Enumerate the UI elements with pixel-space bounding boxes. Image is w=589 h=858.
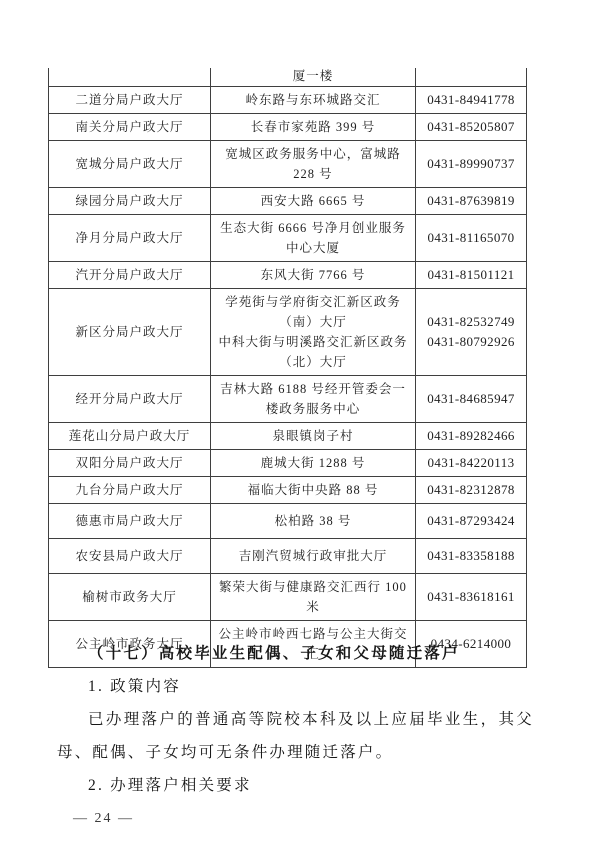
hall-address-cell: 西安大路 6665 号 [211,188,416,215]
table-row: 榆树市政务大厅 繁荣大街与健康路交汇西行 100 米 0431-83618161 [49,574,527,621]
hall-name-cell: 二道分局户政大厅 [49,87,211,114]
hall-address-cell: 福临大街中央路 88 号 [211,477,416,504]
hall-name-cell: 双阳分局户政大厅 [49,450,211,477]
hall-phone-cell: 0431-84220113 [416,450,527,477]
hall-name-cell: 德惠市局户政大厅 [49,504,211,539]
hall-address-cell: 生态大街 6666 号净月创业服务中心大厦 [211,215,416,262]
hall-address-cell: 长春市家苑路 399 号 [211,114,416,141]
hall-phone-cell [416,68,527,87]
hall-phone-cell: 0431-82312878 [416,477,527,504]
hall-phone-cell: 0431-81501121 [416,262,527,289]
table-row: 经开分局户政大厅 吉林大路 6188 号经开管委会一楼政务服务中心 0431-8… [49,376,527,423]
table-row: 双阳分局户政大厅 鹿城大街 1288 号 0431-84220113 [49,450,527,477]
policy-item-1: 1. 政策内容 [57,670,534,703]
table-row: 厦一楼 [49,68,527,87]
document-page: 厦一楼 二道分局户政大厅 岭东路与东环城路交汇 0431-84941778 南关… [0,0,589,858]
hall-phone-cell: 0431-84941778 [416,87,527,114]
section-heading: （十七）高校毕业生配偶、子女和父母随迁落户 [57,637,534,670]
hall-address-cell: 吉林大路 6188 号经开管委会一楼政务服务中心 [211,376,416,423]
hall-address-cell: 松柏路 38 号 [211,504,416,539]
hall-name-cell: 莲花山分局户政大厅 [49,423,211,450]
hall-phone-cell: 0431-87293424 [416,504,527,539]
hall-phone-cell: 0431-81165070 [416,215,527,262]
table-row: 德惠市局户政大厅 松柏路 38 号 0431-87293424 [49,504,527,539]
table-row: 九台分局户政大厅 福临大街中央路 88 号 0431-82312878 [49,477,527,504]
hall-name-cell: 净月分局户政大厅 [49,215,211,262]
hall-name-cell: 榆树市政务大厅 [49,574,211,621]
hall-phone-cell: 0431-87639819 [416,188,527,215]
hall-address-cell: 泉眼镇岗子村 [211,423,416,450]
hall-phone-cell: 0431-89282466 [416,423,527,450]
hall-name-cell [49,68,211,87]
hall-address-cell: 岭东路与东环城路交汇 [211,87,416,114]
service-hall-table: 厦一楼 二道分局户政大厅 岭东路与东环城路交汇 0431-84941778 南关… [48,68,527,668]
hall-name-cell: 新区分局户政大厅 [49,289,211,376]
table-row: 农安县局户政大厅 吉刚汽贸城行政审批大厅 0431-83358188 [49,539,527,574]
hall-phone-cell: 0431-84685947 [416,376,527,423]
table-row: 二道分局户政大厅 岭东路与东环城路交汇 0431-84941778 [49,87,527,114]
hall-address-cell: 吉刚汽贸城行政审批大厅 [211,539,416,574]
hall-address-cell: 鹿城大街 1288 号 [211,450,416,477]
table-row: 汽开分局户政大厅 东风大街 7766 号 0431-81501121 [49,262,527,289]
hall-address-cell: 东风大街 7766 号 [211,262,416,289]
hall-name-cell: 汽开分局户政大厅 [49,262,211,289]
hall-address-cell: 宽城区政务服务中心，富城路 228 号 [211,141,416,188]
table-row: 宽城分局户政大厅 宽城区政务服务中心，富城路 228 号 0431-899907… [49,141,527,188]
hall-name-cell: 九台分局户政大厅 [49,477,211,504]
table-row: 南关分局户政大厅 长春市家苑路 399 号 0431-85205807 [49,114,527,141]
policy-paragraph-line-2: 母、配偶、子女均可无条件办理随迁落户。 [57,736,534,769]
hall-name-cell: 南关分局户政大厅 [49,114,211,141]
hall-phone-cell: 0431-89990737 [416,141,527,188]
table-row: 莲花山分局户政大厅 泉眼镇岗子村 0431-89282466 [49,423,527,450]
hall-phone-cell: 0431-83618161 [416,574,527,621]
table-row: 绿园分局户政大厅 西安大路 6665 号 0431-87639819 [49,188,527,215]
hall-name-cell: 经开分局户政大厅 [49,376,211,423]
hall-phone-cell: 0431-83358188 [416,539,527,574]
policy-item-2: 2. 办理落户相关要求 [57,769,534,802]
document-body: （十七）高校毕业生配偶、子女和父母随迁落户 1. 政策内容 已办理落户的普通高等… [57,637,534,802]
table-row: 净月分局户政大厅 生态大街 6666 号净月创业服务中心大厦 0431-8116… [49,215,527,262]
policy-paragraph-line-1: 已办理落户的普通高等院校本科及以上应届毕业生，其父 [57,703,534,736]
hall-phone-cell: 0431-825327490431-80792926 [416,289,527,376]
hall-address-cell: 厦一楼 [211,68,416,87]
hall-phone-cell: 0431-85205807 [416,114,527,141]
hall-name-cell: 绿园分局户政大厅 [49,188,211,215]
table-row: 新区分局户政大厅 学苑街与学府街交汇新区政务（南）大厅中科大街与明溪路交汇新区政… [49,289,527,376]
page-number: — 24 — [73,811,134,827]
hall-name-cell: 宽城分局户政大厅 [49,141,211,188]
hall-name-cell: 农安县局户政大厅 [49,539,211,574]
hall-address-cell: 学苑街与学府街交汇新区政务（南）大厅中科大街与明溪路交汇新区政务（北）大厅 [211,289,416,376]
hall-address-cell: 繁荣大街与健康路交汇西行 100 米 [211,574,416,621]
